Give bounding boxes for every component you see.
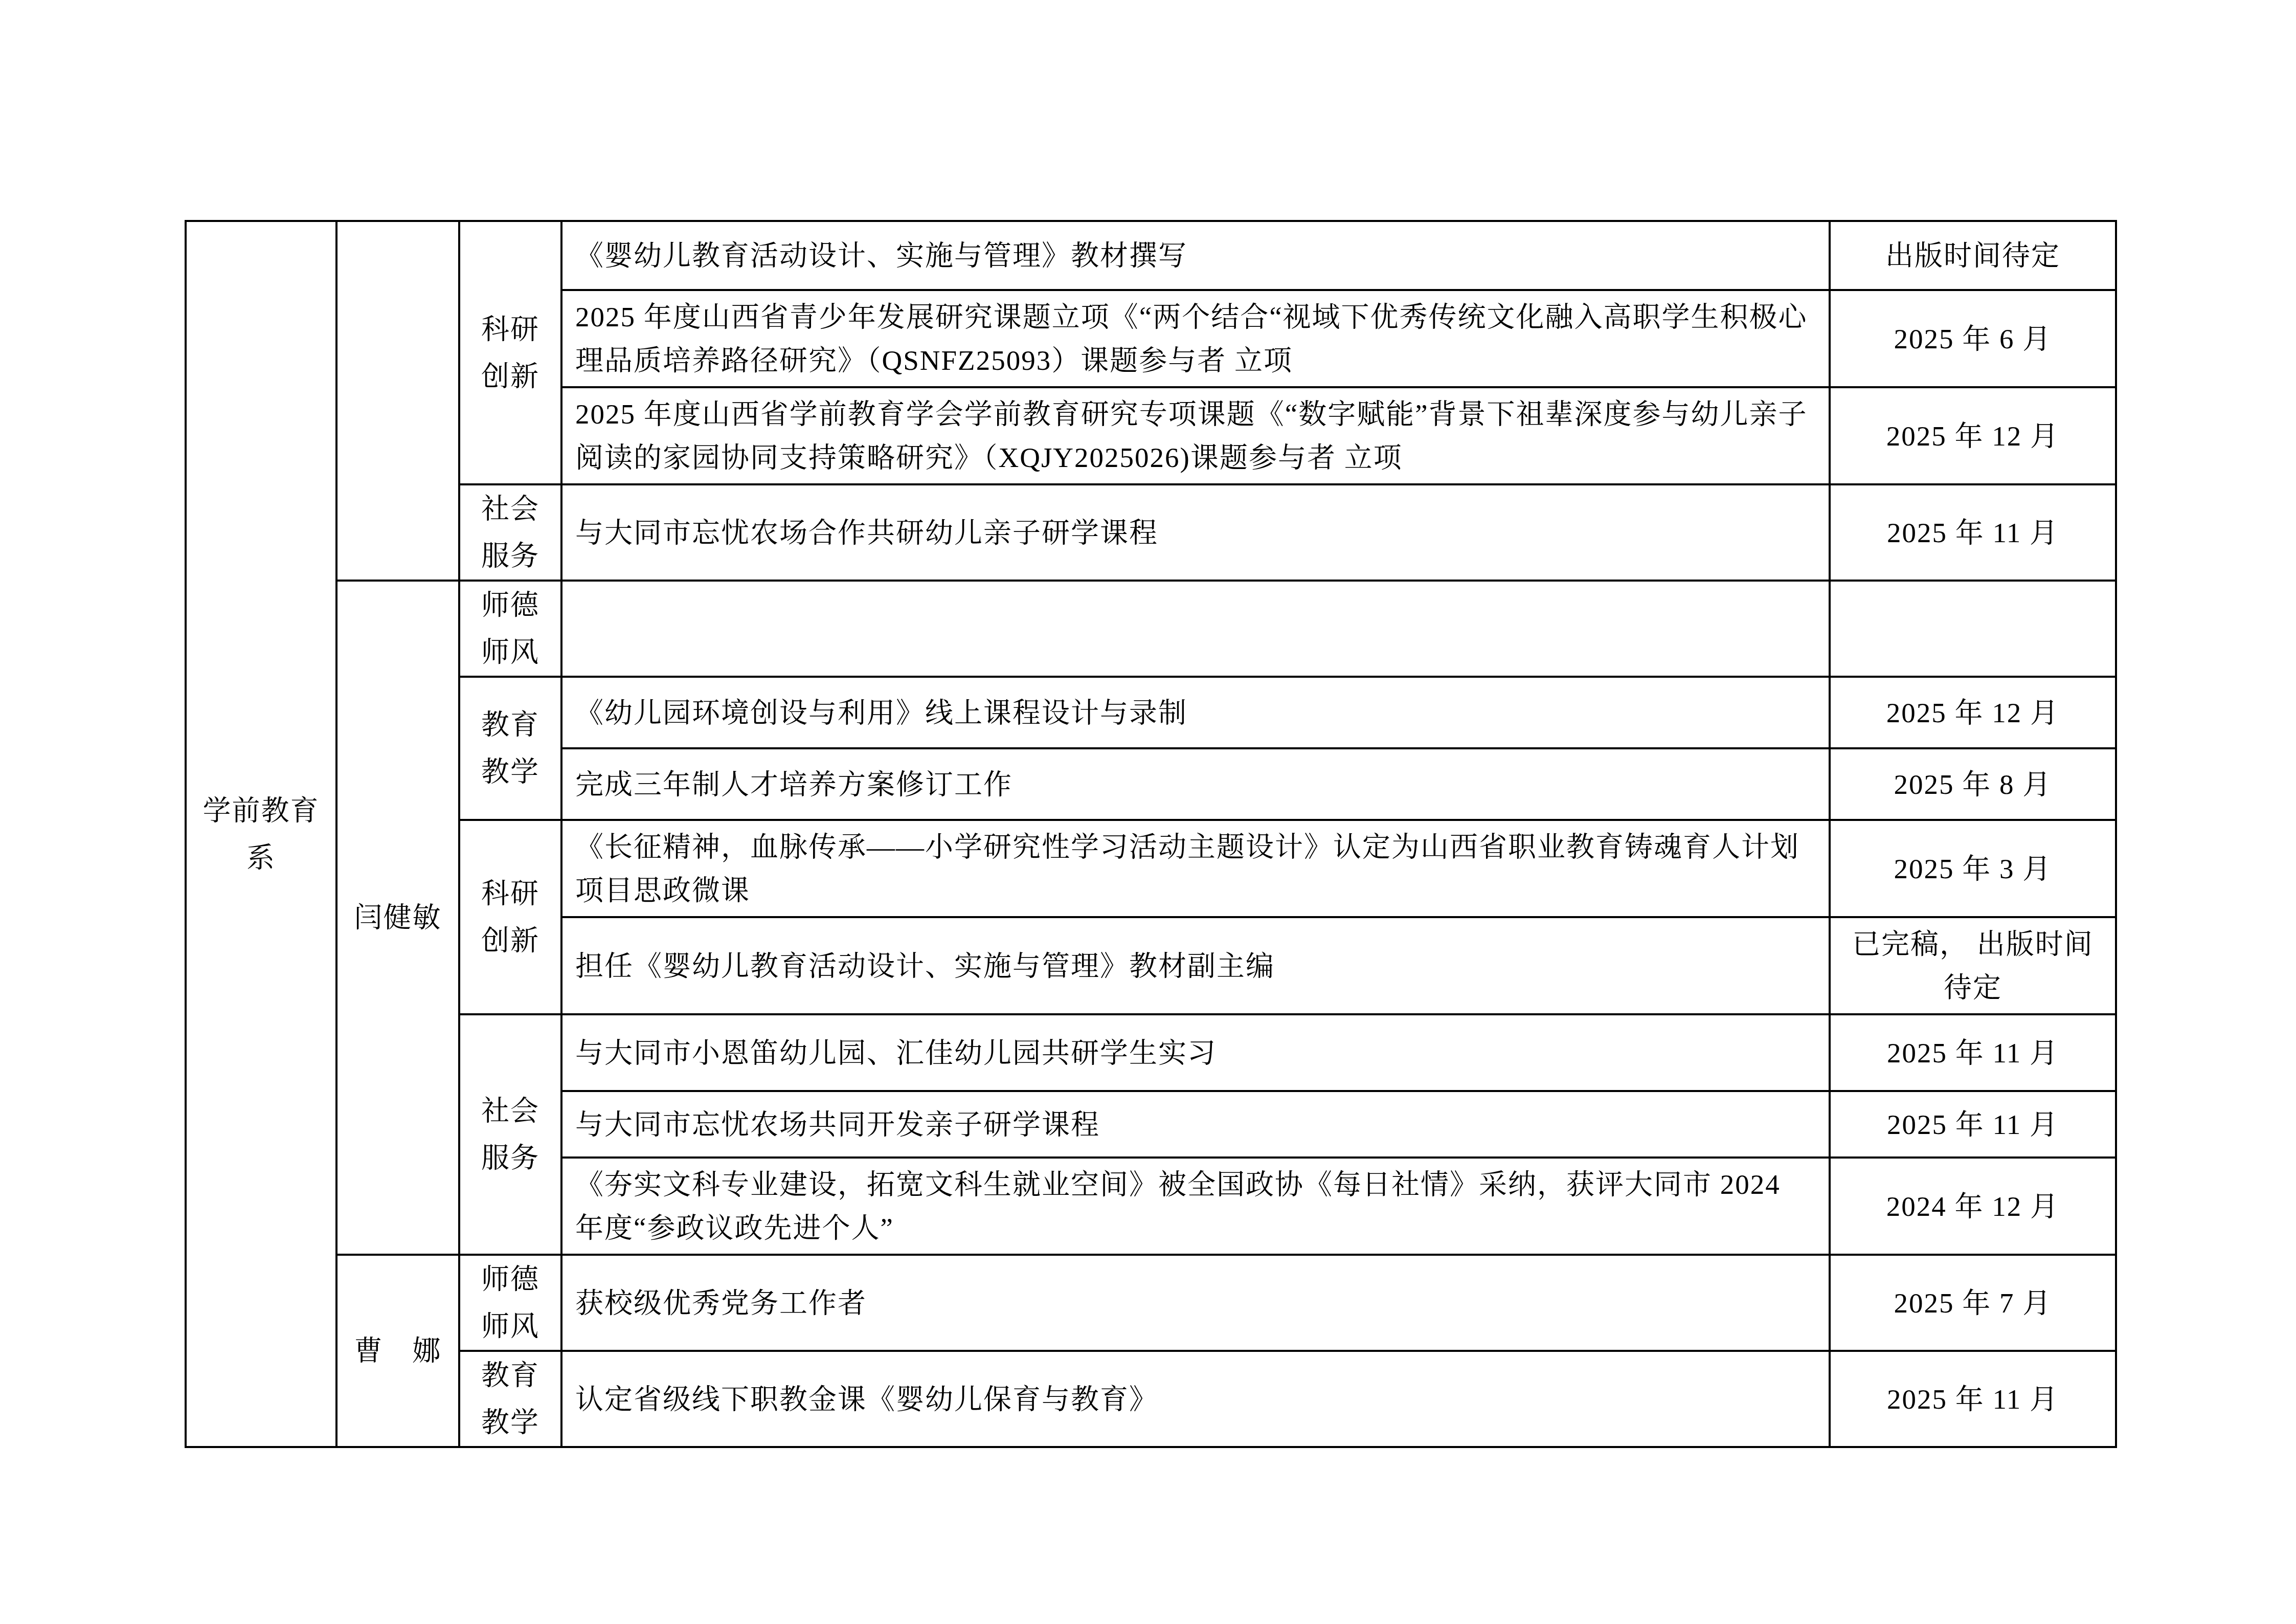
date-cell: 2025 年 12 月 [1830,677,2116,748]
date-cell [1830,581,2116,677]
date-cell: 2025 年 6 月 [1830,290,2116,387]
achievement-cell: 《夯实文科专业建设，拓宽文科生就业空间》被全国政协《每日社情》采纳，获评大同市 … [561,1158,1830,1255]
achievement-cell: 与大同市忘忧农场合作共研幼儿亲子研学课程 [561,484,1830,581]
date-cell: 2025 年 12 月 [1830,387,2116,484]
table-row: 社会服务 与大同市忘忧农场合作共研幼儿亲子研学课程 2025 年 11 月 [186,484,2116,581]
category-cell: 社会服务 [459,1014,561,1255]
teacher-name-cell [336,221,459,581]
category-cell: 科研创新 [459,820,561,1014]
achievement-cell [561,581,1830,677]
date-cell: 2025 年 11 月 [1830,1091,2116,1158]
teacher-name-cell: 曹 娜 [336,1255,459,1447]
achievement-cell: 《幼儿园环境创设与利用》线上课程设计与录制 [561,677,1830,748]
achievement-table: 学前教育系 科研创新 《婴幼儿教育活动设计、实施与管理》教材撰写 出版时间待定 … [185,220,2117,1448]
category-cell: 科研创新 [459,221,561,484]
document-page: 学前教育系 科研创新 《婴幼儿教育活动设计、实施与管理》教材撰写 出版时间待定 … [0,0,2296,1624]
date-cell: 2025 年 7 月 [1830,1255,2116,1351]
achievement-cell: 与大同市小恩笛幼儿园、汇佳幼儿园共研学生实习 [561,1014,1830,1091]
category-cell: 社会服务 [459,484,561,581]
achievement-cell: 获校级优秀党务工作者 [561,1255,1830,1351]
achievement-cell: 《婴幼儿教育活动设计、实施与管理》教材撰写 [561,221,1830,290]
date-cell: 2025 年 11 月 [1830,1014,2116,1091]
table-row: 闫健敏 师德师风 [186,581,2116,677]
category-cell: 教育教学 [459,1351,561,1447]
date-cell: 2025 年 8 月 [1830,748,2116,820]
date-cell: 2025 年 11 月 [1830,1351,2116,1447]
table-row: 社会服务 与大同市小恩笛幼儿园、汇佳幼儿园共研学生实习 2025 年 11 月 [186,1014,2116,1091]
date-cell: 2025 年 11 月 [1830,484,2116,581]
category-cell: 师德师风 [459,1255,561,1351]
date-cell: 2024 年 12 月 [1830,1158,2116,1255]
category-cell: 师德师风 [459,581,561,677]
table-row: 曹 娜 师德师风 获校级优秀党务工作者 2025 年 7 月 [186,1255,2116,1351]
achievement-cell: 2025 年度山西省青少年发展研究课题立项《“两个结合“视域下优秀传统文化融入高… [561,290,1830,387]
achievement-cell: 与大同市忘忧农场共同开发亲子研学课程 [561,1091,1830,1158]
table-row: 教育教学 《幼儿园环境创设与利用》线上课程设计与录制 2025 年 12 月 [186,677,2116,748]
achievement-cell: 完成三年制人才培养方案修订工作 [561,748,1830,820]
achievement-cell: 认定省级线下职教金课《婴幼儿保育与教育》 [561,1351,1830,1447]
category-cell: 教育教学 [459,677,561,820]
date-cell: 已完稿， 出版时间待定 [1830,917,2116,1014]
date-cell: 出版时间待定 [1830,221,2116,290]
achievement-cell: 2025 年度山西省学前教育学会学前教育研究专项课题《“数字赋能”背景下祖辈深度… [561,387,1830,484]
table-row: 教育教学 认定省级线下职教金课《婴幼儿保育与教育》 2025 年 11 月 [186,1351,2116,1447]
date-cell: 2025 年 3 月 [1830,820,2116,917]
department-cell: 学前教育系 [186,221,336,1447]
achievement-cell: 担任《婴幼儿教育活动设计、实施与管理》教材副主编 [561,917,1830,1014]
achievement-cell: 《长征精神，血脉传承——小学研究性学习活动主题设计》认定为山西省职业教育铸魂育人… [561,820,1830,917]
teacher-name-cell: 闫健敏 [336,581,459,1255]
table-row: 科研创新 《长征精神，血脉传承——小学研究性学习活动主题设计》认定为山西省职业教… [186,820,2116,917]
table-row: 学前教育系 科研创新 《婴幼儿教育活动设计、实施与管理》教材撰写 出版时间待定 [186,221,2116,290]
